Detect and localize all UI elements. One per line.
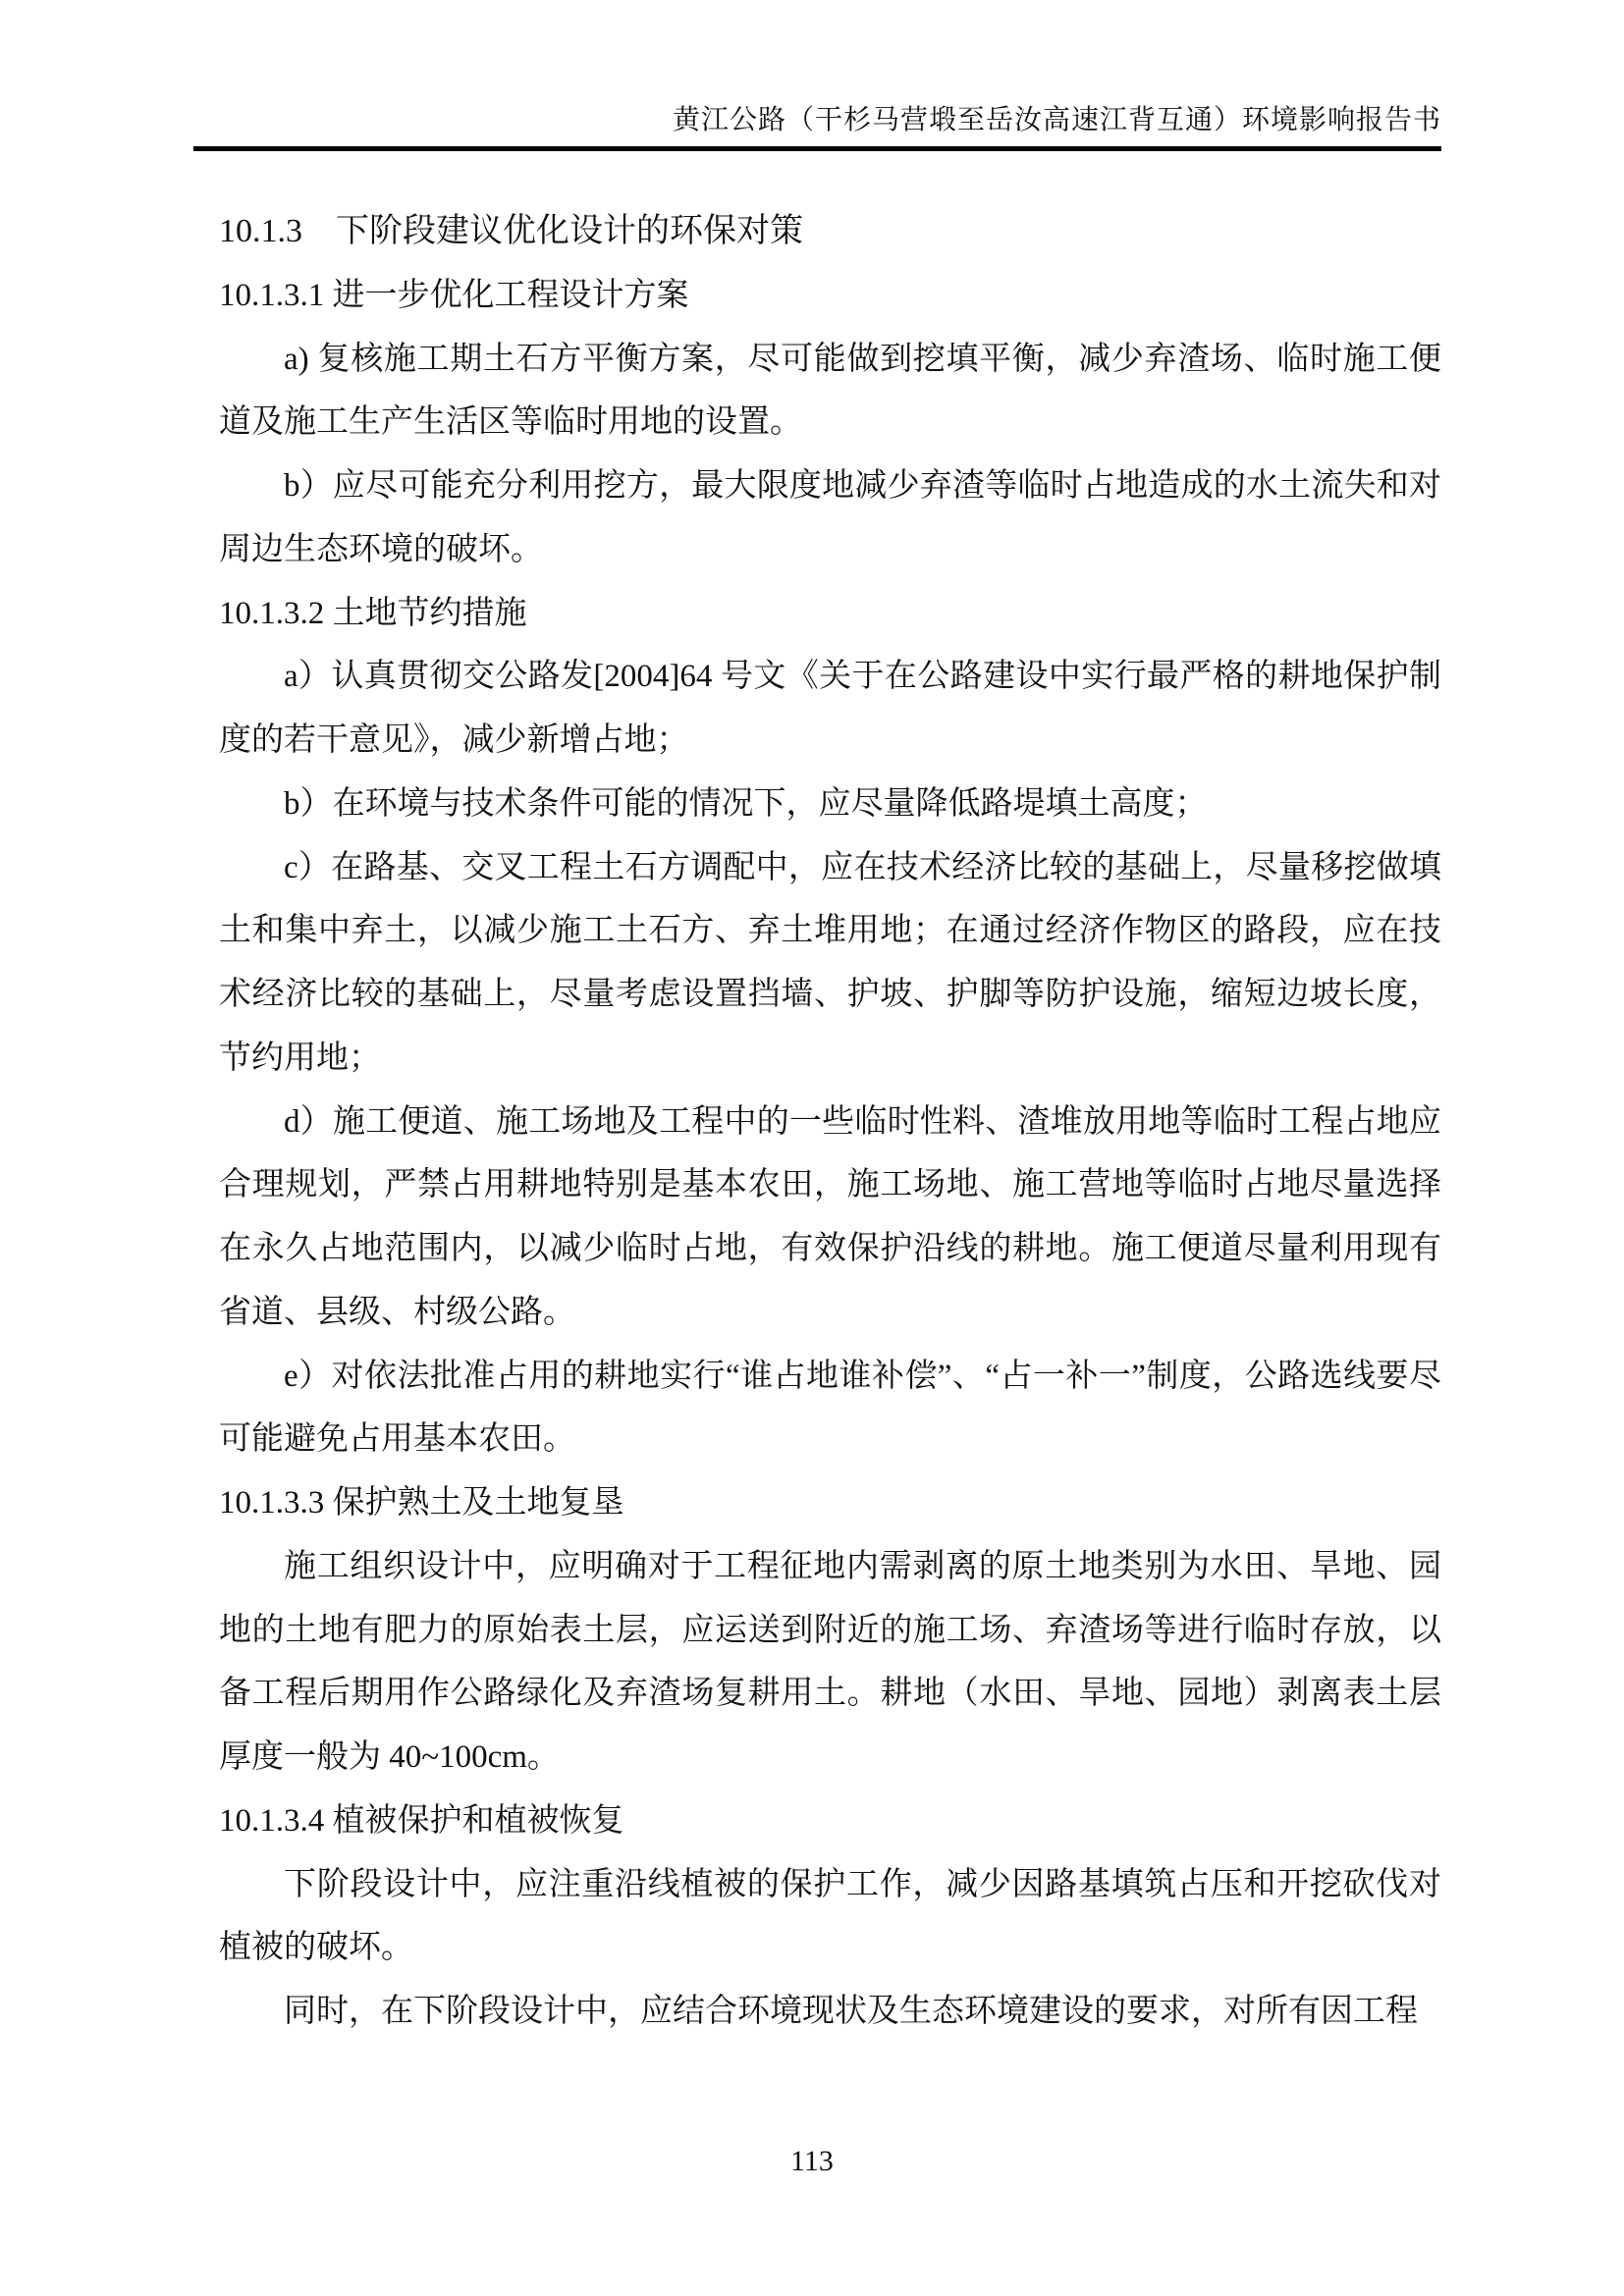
subsection-heading-10-1-3-4: 10.1.3.4 植被保护和植被恢复 (219, 1789, 1441, 1853)
paragraph-topsoil: 施工组织设计中，应明确对于工程征地内需剥离的原土地类别为水田、旱地、园地的土地有… (219, 1535, 1441, 1789)
paragraph-vegetation: 下阶段设计中，应注重沿线植被的保护工作，减少因路基填筑占压和开挖砍伐对植被的破坏… (219, 1853, 1441, 1981)
paragraph-e-compensation: e）对依法批准占用的耕地实行“谁占地谁补偿”、“占一补一”制度，公路选线要尽可能… (219, 1345, 1441, 1472)
subsection-heading-10-1-3-1: 10.1.3.1 进一步优化工程设计方案 (219, 264, 1441, 328)
paragraph-d-temporary-land: d）施工便道、施工场地及工程中的一些临时性料、渣堆放用地等临时工程占地应合理规划… (219, 1091, 1441, 1345)
paragraph-next-stage: 同时，在下阶段设计中，应结合环境现状及生态环境建设的要求，对所有因工程 (219, 1980, 1441, 2044)
page-number: 113 (790, 2145, 834, 2177)
subsection-heading-10-1-3-2: 10.1.3.2 土地节约措施 (219, 582, 1441, 646)
paragraph-c-allocation: c）在路基、交叉工程土石方调配中，应在技术经济比较的基础上，尽量移挖做填土和集中… (219, 836, 1441, 1091)
document-page: 黄江公路（干杉马营塅至岳汝高速江背互通）环境影响报告书 10.1.3 下阶段建议… (0, 0, 1624, 2296)
section-heading-10-1-3: 10.1.3 下阶段建议优化设计的环保对策 (219, 200, 1441, 264)
page-header: 黄江公路（干杉马营塅至岳汝高速江背互通）环境影响报告书 (193, 0, 1441, 151)
running-header-title: 黄江公路（干杉马营塅至岳汝高速江背互通）环境影响报告书 (193, 104, 1441, 146)
subsection-heading-10-1-3-3: 10.1.3.3 保护熟土及土地复垦 (219, 1471, 1441, 1535)
paragraph-a-policy: a）认真贯彻交公路发[2004]64 号文《关于在公路建设中实行最严格的耕地保护… (219, 645, 1441, 773)
paragraph-a-earthwork: a) 复核施工期土石方平衡方案，尽可能做到挖填平衡，减少弃渣场、临时施工便道及施… (219, 328, 1441, 455)
paragraph-b-excavation: b）应尽可能充分利用挖方，最大限度地减少弃渣等临时占地造成的水土流失和对周边生态… (219, 454, 1441, 582)
document-body: 10.1.3 下阶段建议优化设计的环保对策 10.1.3.1 进一步优化工程设计… (219, 200, 1441, 2044)
page-footer: 113 (0, 2143, 1624, 2180)
paragraph-b-embankment: b）在环境与技术条件可能的情况下，应尽量降低路堤填土高度； (219, 773, 1441, 836)
